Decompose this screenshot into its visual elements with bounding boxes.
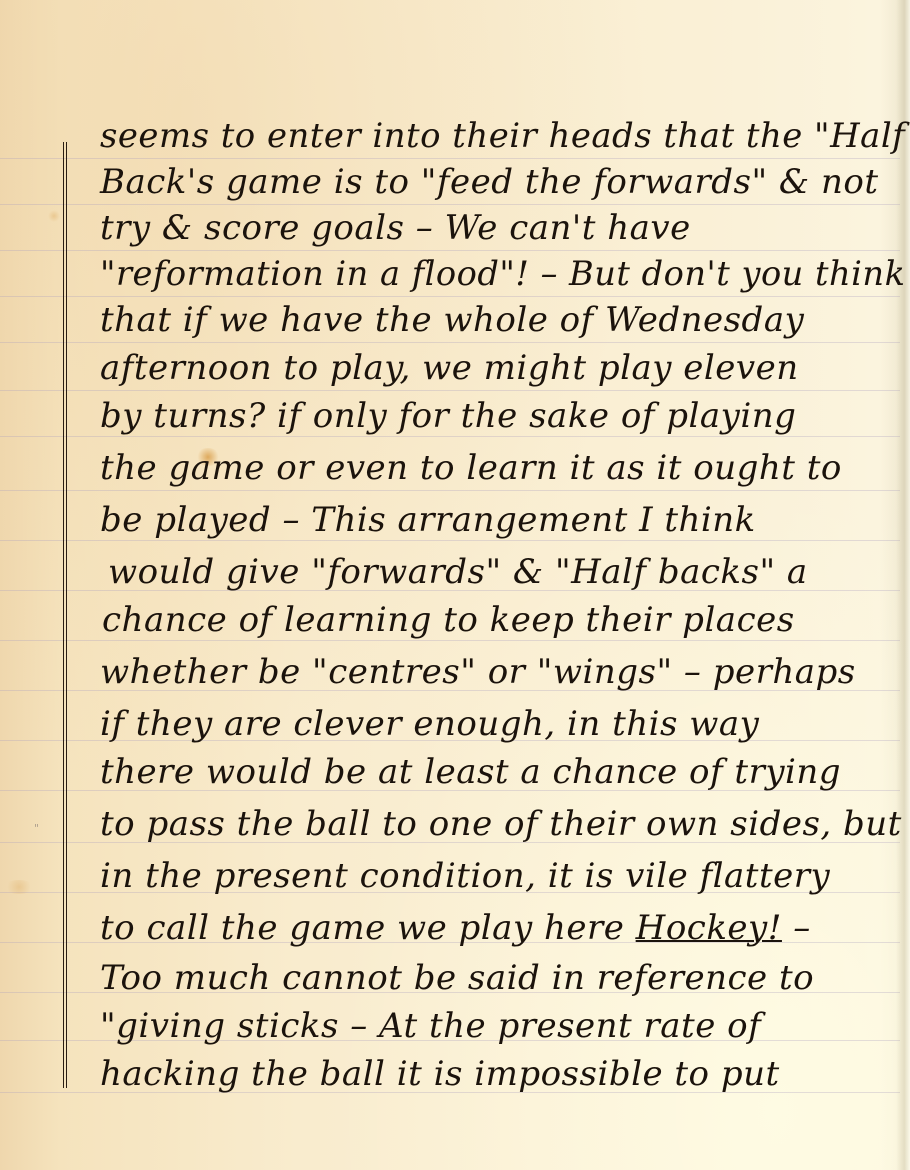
handwritten-line-15: to pass the ball to one of their own sid… bbox=[100, 804, 902, 844]
handwritten-line-17: to call the game we play here Hockey! – bbox=[100, 908, 811, 948]
handwritten-line-8: the game or even to learn it as it ought… bbox=[100, 448, 842, 488]
notebook-page: " seems to enter into their heads that t… bbox=[0, 0, 910, 1170]
ruled-line bbox=[0, 204, 900, 205]
handwritten-line-19: "giving sticks – At the present rate of bbox=[100, 1006, 761, 1046]
handwritten-line-14: there would be at least a chance of tryi… bbox=[100, 752, 841, 792]
handwritten-line-12: whether be "centres" or "wings" – perhap… bbox=[100, 652, 856, 692]
ruled-line bbox=[0, 158, 900, 159]
margin-pencil-mark: " bbox=[34, 822, 39, 835]
handwritten-line-7: by turns? if only for the sake of playin… bbox=[100, 396, 796, 436]
handwritten-line-9: be played – This arrangement I think bbox=[100, 500, 756, 540]
margin-double-rule bbox=[63, 142, 67, 1088]
ruled-line bbox=[0, 296, 900, 297]
page-edge-shadow bbox=[896, 0, 910, 1170]
ruled-line bbox=[0, 490, 900, 491]
ink-stain bbox=[4, 880, 34, 894]
emphasized-word-hockey: Hockey! bbox=[636, 908, 782, 948]
line-17-trail: – bbox=[782, 908, 811, 948]
handwritten-line-20: hacking the ball it is impossible to put bbox=[100, 1054, 780, 1094]
ruled-line bbox=[0, 250, 900, 251]
ruled-line bbox=[0, 342, 900, 343]
line-17-text: to call the game we play here bbox=[100, 908, 636, 948]
handwritten-line-5: that if we have the whole of Wednesday bbox=[100, 300, 804, 340]
handwritten-line-16: in the present condition, it is vile fla… bbox=[100, 856, 830, 896]
handwritten-line-3: try & score goals – We can't have bbox=[100, 208, 691, 248]
handwritten-line-4: "reformation in a flood"! – But don't yo… bbox=[100, 254, 905, 294]
handwritten-line-11: chance of learning to keep their places bbox=[102, 600, 795, 640]
handwritten-line-1: seems to enter into their heads that the… bbox=[100, 116, 905, 156]
handwritten-line-10: would give "forwards" & "Half backs" a bbox=[108, 552, 808, 592]
ruled-line bbox=[0, 540, 900, 541]
ruled-line bbox=[0, 640, 900, 641]
ruled-line bbox=[0, 390, 900, 391]
handwritten-line-13: if they are clever enough, in this way bbox=[100, 704, 759, 744]
ruled-line bbox=[0, 436, 900, 437]
ink-stain bbox=[48, 210, 60, 222]
handwritten-line-6: afternoon to play, we might play eleven bbox=[100, 348, 799, 388]
handwritten-line-2: Back's game is to "feed the forwards" & … bbox=[100, 162, 879, 202]
handwritten-line-18: Too much cannot be said in reference to bbox=[100, 958, 814, 998]
